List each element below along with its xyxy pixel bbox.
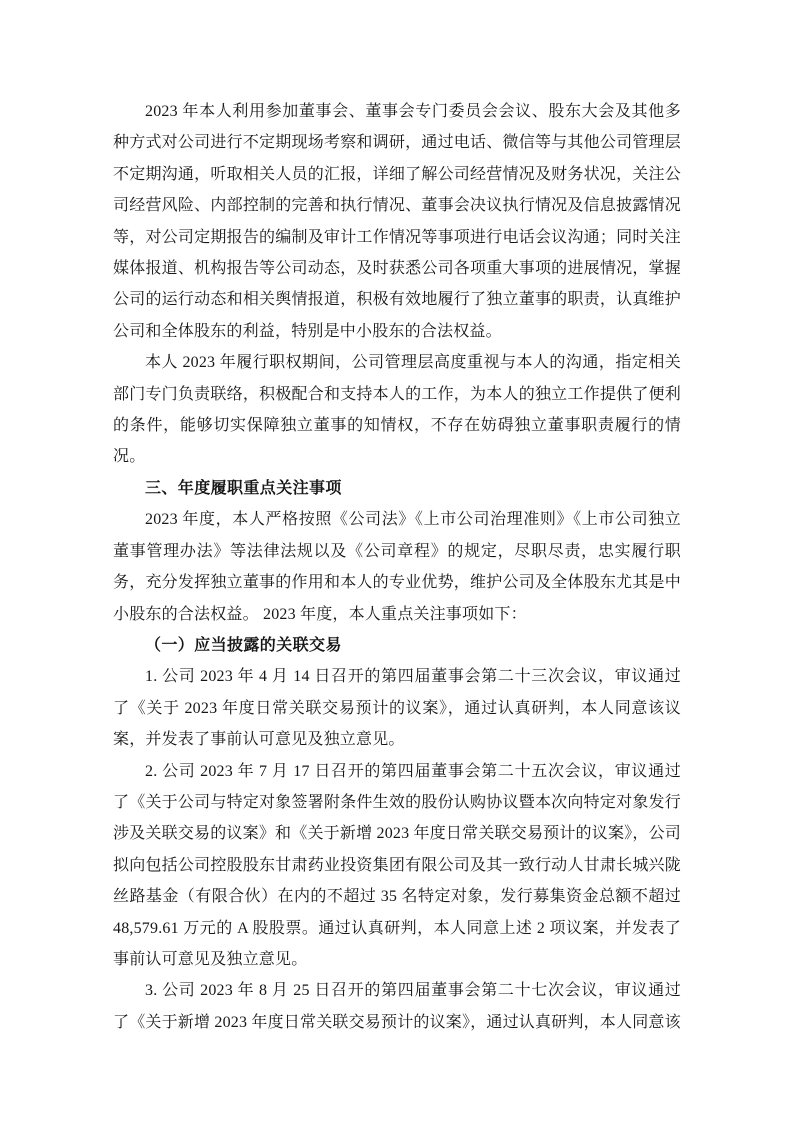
paragraph: 2023 年本人利用参加董事会、董事会专门委员会会议、股东大会及其他多种方式对公…	[113, 96, 681, 347]
document-page: 2023 年本人利用参加董事会、董事会专门委员会会议、股东大会及其他多种方式对公…	[0, 0, 794, 1122]
section-heading: （一）应当披露的关联交易	[113, 630, 681, 661]
document-body: 2023 年本人利用参加董事会、董事会专门委员会会议、股东大会及其他多种方式对公…	[113, 96, 681, 1038]
paragraph: 2. 公司 2023 年 7 月 17 日召开的第四届董事会第二十五次会议，审议…	[113, 756, 681, 976]
paragraph: 3. 公司 2023 年 8 月 25 日召开的第四届董事会第二十七次会议，审议…	[113, 975, 681, 1038]
paragraph: 2023 年度，本人严格按照《公司法》《上市公司治理准则》《上市公司独立董事管理…	[113, 504, 681, 630]
paragraph: 1. 公司 2023 年 4 月 14 日召开的第四届董事会第二十三次会议，审议…	[113, 661, 681, 755]
paragraph: 本人 2023 年履行职权期间，公司管理层高度重视与本人的沟通，指定相关部门专门…	[113, 347, 681, 473]
section-heading: 三、年度履职重点关注事项	[113, 473, 681, 504]
